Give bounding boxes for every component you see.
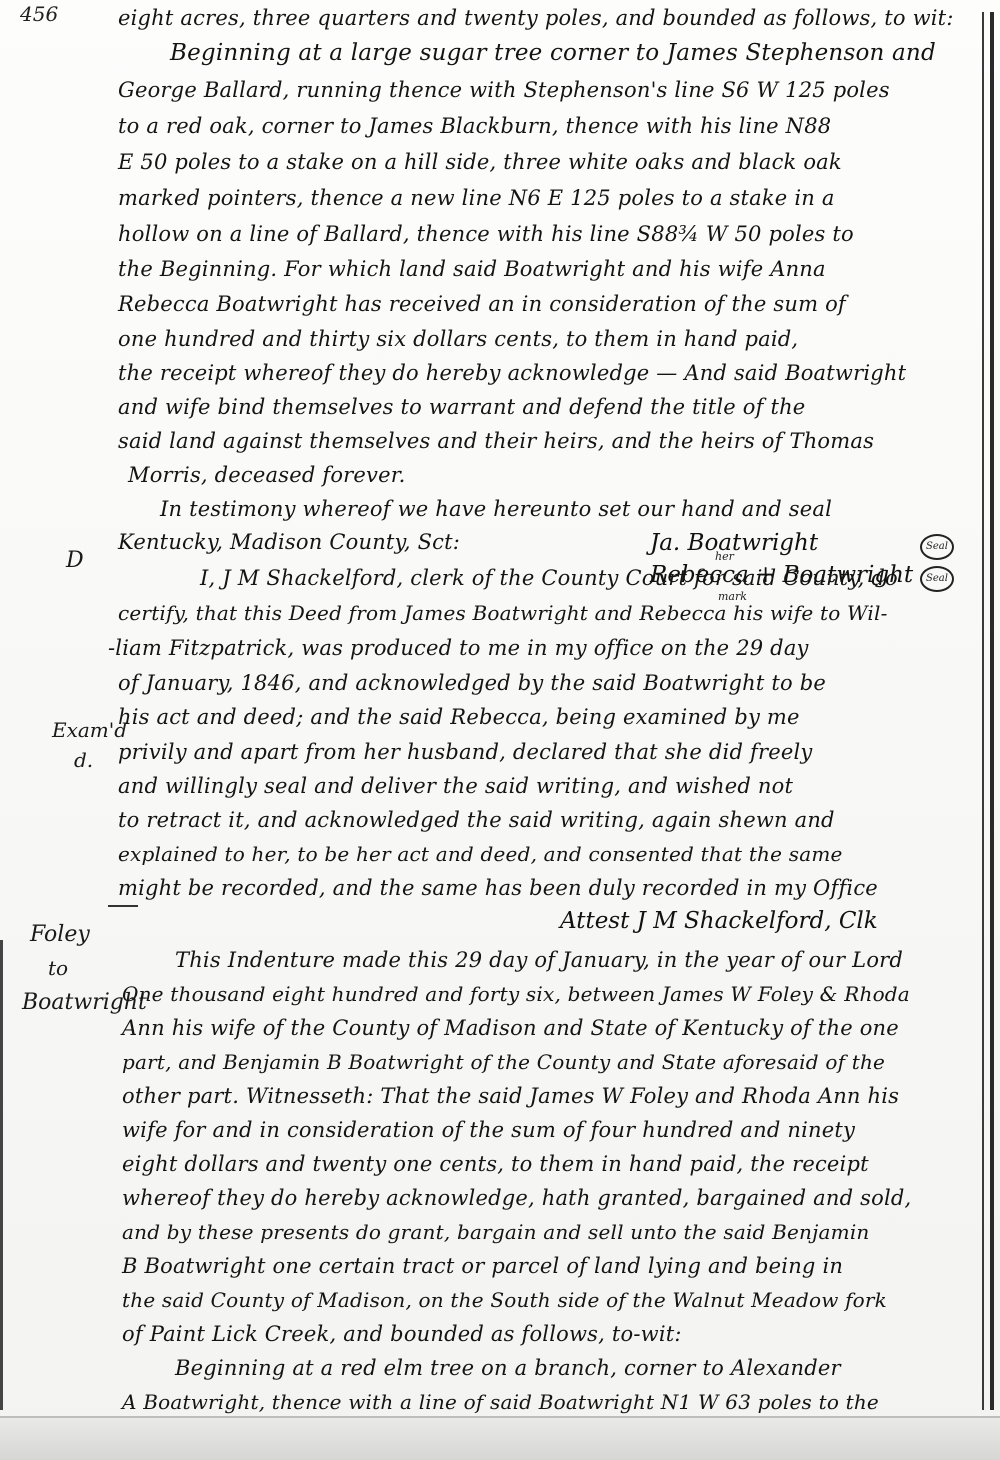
deed-line: hollow on a line of Ballard, thence with… bbox=[118, 222, 854, 246]
deed-line: and wife bind themselves to warrant and … bbox=[118, 395, 805, 419]
deed-line: eight acres, three quarters and twenty p… bbox=[118, 6, 954, 30]
page-left-edge bbox=[0, 940, 3, 1410]
deed-line: marked pointers, thence a new line N6 E … bbox=[118, 186, 835, 210]
indenture-line: and by these presents do grant, bargain … bbox=[122, 1220, 870, 1244]
deed-line: the Beginning. For which land said Boatw… bbox=[118, 257, 826, 281]
deed-line: Beginning at a large sugar tree corner t… bbox=[170, 40, 936, 66]
certificate-line: to retract it, and acknowledged the said… bbox=[118, 808, 835, 832]
indenture-line: Ann his wife of the County of Madison an… bbox=[122, 1016, 899, 1040]
margin-mark-d: D bbox=[66, 548, 84, 573]
margin-note-examined-2: d. bbox=[74, 748, 93, 772]
margin-title-to: to bbox=[48, 956, 68, 980]
deed-line: the receipt whereof they do hereby ackno… bbox=[118, 361, 906, 385]
page-border-inner bbox=[982, 12, 984, 1410]
page-number: 456 bbox=[20, 2, 58, 26]
margin-title-foley: Foley bbox=[30, 922, 90, 947]
certificate-line: his act and deed; and the said Rebecca, … bbox=[118, 705, 800, 729]
certificate-line: of January, 1846, and acknowledged by th… bbox=[118, 671, 826, 695]
certificate-line: privily and apart from her husband, decl… bbox=[118, 740, 812, 764]
deed-line: Rebecca Boatwright has received an in co… bbox=[118, 292, 846, 316]
deed-line: Morris, deceased forever. bbox=[128, 463, 406, 487]
certificate-line: certify, that this Deed from James Boatw… bbox=[118, 601, 888, 625]
deed-line: to a red oak, corner to James Blackburn,… bbox=[118, 114, 831, 138]
deed-line: one hundred and thirty six dollars cents… bbox=[118, 327, 798, 351]
indenture-line: B Boatwright one certain tract or parcel… bbox=[122, 1254, 843, 1278]
certificate-heading: Kentucky, Madison County, Sct: bbox=[118, 530, 460, 554]
deed-line: said land against themselves and their h… bbox=[118, 429, 874, 453]
indenture-line: wife for and in consideration of the sum… bbox=[122, 1118, 855, 1142]
deed-line: E 50 poles to a stake on a hill side, th… bbox=[118, 150, 842, 174]
signature-james-boatwright: Ja. Boatwright bbox=[650, 530, 818, 556]
indenture-line: the said County of Madison, on the South… bbox=[122, 1288, 887, 1312]
page-border-outer bbox=[990, 12, 994, 1410]
certificate-line: might be recorded, and the same has been… bbox=[118, 876, 878, 900]
certificate-line: I, J M Shackelford, clerk of the County … bbox=[200, 566, 898, 590]
certificate-line: and willingly seal and deliver the said … bbox=[118, 774, 793, 798]
certificate-line: -liam Fitzpatrick, was produced to me in… bbox=[108, 636, 809, 660]
indenture-line: other part. Witnesseth: That the said Ja… bbox=[122, 1084, 899, 1108]
deed-line: George Ballard, running thence with Step… bbox=[118, 78, 890, 102]
margin-dash bbox=[108, 905, 138, 907]
indenture-line: This Indenture made this 29 day of Janua… bbox=[175, 948, 903, 972]
testimony-line: In testimony whereof we have hereunto se… bbox=[160, 497, 832, 521]
scan-bottom-edge bbox=[0, 1416, 1000, 1460]
margin-note-examined: Exam'd bbox=[52, 718, 127, 742]
seal-mark: Seal bbox=[920, 566, 954, 592]
seal-mark: Seal bbox=[920, 534, 954, 560]
indenture-line: of Paint Lick Creek, and bounded as foll… bbox=[122, 1322, 682, 1346]
certificate-line: explained to her, to be her act and deed… bbox=[118, 842, 843, 866]
indenture-line: part, and Benjamin B Boatwright of the C… bbox=[122, 1050, 885, 1074]
indenture-line: eight dollars and twenty one cents, to t… bbox=[122, 1152, 869, 1176]
indenture-line: One thousand eight hundred and forty six… bbox=[122, 982, 910, 1006]
document-page: 456 eight acres, three quarters and twen… bbox=[0, 0, 1000, 1460]
clerk-attestation-signature: Attest J M Shackelford, Clk bbox=[560, 908, 878, 934]
indenture-line: whereof they do hereby acknowledge, hath… bbox=[122, 1186, 911, 1210]
indenture-line: A Boatwright, thence with a line of said… bbox=[122, 1390, 879, 1414]
indenture-line: Beginning at a red elm tree on a branch,… bbox=[175, 1356, 841, 1380]
